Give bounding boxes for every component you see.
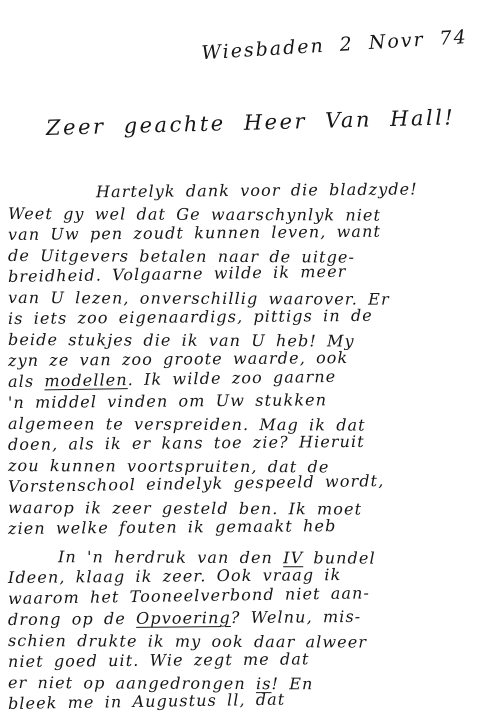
letter-salutation: Zeer geachte Heer Van Hall!	[46, 105, 456, 140]
letter-dateline: Wiesbaden 2 Novr 74	[201, 26, 469, 64]
handwriting-line: doen, als ik er kans toe zie? Hieruit	[8, 430, 498, 455]
handwriting-line: is iets zoo eigenaardigs, pittigs in de	[8, 304, 498, 329]
handwriting-line: zien welke fouten ik gemaakt heb	[8, 514, 498, 539]
scanned-letter-page: Wiesbaden 2 Novr 74 Zeer geachte Heer Va…	[0, 0, 502, 720]
handwriting-line: 'n middel vinden om Uw stukken	[8, 388, 498, 413]
letter-body: Hartelyk dank voor die bladzyde! Weet gy…	[8, 182, 498, 714]
handwriting-line: drong op de Opvoering? Welnu, mis-	[8, 605, 498, 630]
handwriting-line: niet goed uit. Wie zegt me dat	[8, 647, 498, 672]
handwriting-line: Hartelyk dank voor die bladzyde!	[8, 178, 498, 203]
handwriting-line: van Uw pen zoudt kunnen leven, want	[8, 220, 498, 245]
